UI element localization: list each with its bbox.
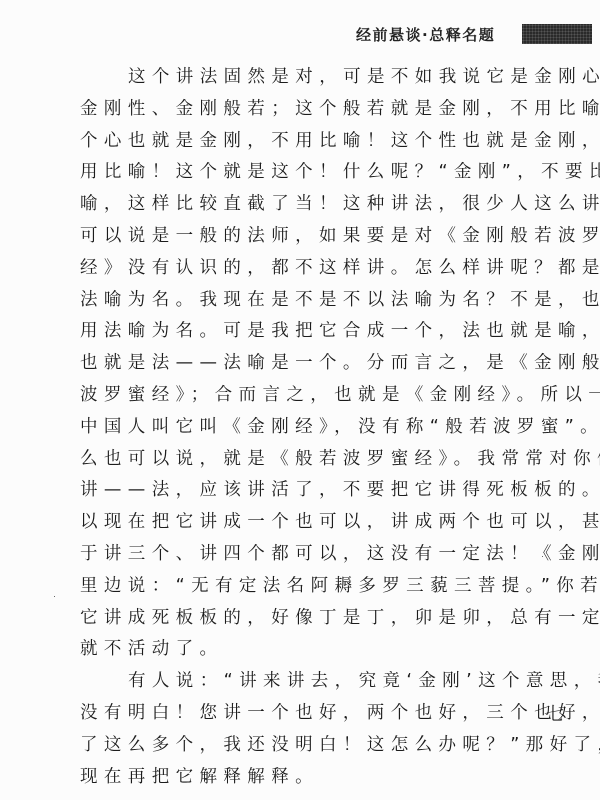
text-line: 也就是法——法喻是一个。分而言之，是《金刚般若: [80, 348, 520, 380]
text-line: 以现在把它讲成一个也可以，讲成两个也可以，甚至: [80, 507, 520, 539]
paragraph-2: 有人说：“讲来讲去，究竟‘金刚’这个意思，我还 没有明白！您讲一个也好，两个也好…: [80, 666, 520, 793]
running-header: 经前悬谈·总释名题: [356, 22, 495, 48]
text-line: 有人说：“讲来讲去，究竟‘金刚’这个意思，我还: [80, 666, 520, 698]
paragraph-1: 这个讲法固然是对，可是不如我说它是金刚心、 金刚性、金刚般若；这个般若就是金刚，…: [80, 62, 520, 666]
scan-speck: [205, 778, 207, 780]
scan-speck: [54, 596, 55, 597]
text-line: 用比喻！这个就是这个！什么呢？“金刚”，不要比: [80, 157, 520, 189]
text-line: 现在再把它解释解释。: [80, 762, 520, 794]
book-page: 经前悬谈·总释名题 这个讲法固然是对，可是不如我说它是金刚心、 金刚性、金刚般若…: [0, 0, 600, 800]
text-line: 么也可以说，就是《般若波罗蜜经》。我常常对你们: [80, 444, 520, 476]
body-text: 这个讲法固然是对，可是不如我说它是金刚心、 金刚性、金刚般若；这个般若就是金刚，…: [80, 62, 520, 793]
text-line: 经》没有认识的，都不这样讲。怎么样讲呢？都是以: [80, 253, 520, 285]
text-line: 这个讲法固然是对，可是不如我说它是金刚心、: [80, 62, 520, 94]
text-line: 了这么多个，我还没明白！这怎么办呢？”那好了，我: [80, 730, 520, 762]
text-line: 金刚性、金刚般若；这个般若就是金刚，不用比喻！这: [80, 94, 520, 126]
text-line: 它讲成死板板的，好像丁是丁，卯是卯，总有一定，那: [80, 603, 520, 635]
text-line: 就不活动了。: [80, 634, 520, 666]
text-line: 中国人叫它叫《金刚经》，没有称“般若波罗蜜”。那: [80, 412, 520, 444]
text-line: 于讲三个、讲四个都可以，这没有一定法！《金刚经》: [80, 539, 520, 571]
header-decorative-block: [522, 24, 592, 44]
text-line: 法喻为名。我现在是不是不以法喻为名？不是，也是: [80, 285, 520, 317]
text-line: 用法喻为名。可是我把它合成一个，法也就是喻，喻: [80, 316, 520, 348]
text-line: 讲——法，应该讲活了，不要把它讲得死板板的。所: [80, 475, 520, 507]
text-line: 没有明白！您讲一个也好，两个也好，三个也好，您讲: [80, 698, 520, 730]
text-line: 喻，这样比较直截了当！这种讲法，很少人这么讲的。: [80, 189, 520, 221]
text-line: 波罗蜜经》；合而言之，也就是《金刚经》。所以一般: [80, 380, 520, 412]
text-line: 里边说：“无有定法名阿耨多罗三藐三菩提。”你若把: [80, 571, 520, 603]
text-line: 可以说是一般的法师，如果要是对《金刚般若波罗蜜: [80, 221, 520, 253]
scan-speck: [542, 556, 543, 557]
page-number: 七: [546, 700, 564, 726]
text-line: 个心也就是金刚，不用比喻！这个性也就是金刚，不: [80, 126, 520, 158]
